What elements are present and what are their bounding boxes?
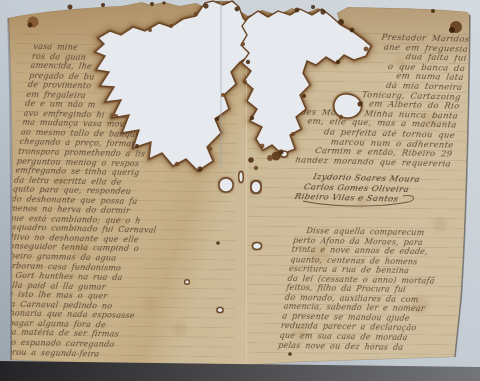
hole-small	[251, 181, 261, 193]
signature-flourish	[303, 196, 414, 206]
burn-holes	[95, 1, 371, 313]
stain-top-left	[28, 17, 39, 28]
hole-small	[217, 307, 223, 312]
hole-left-page	[95, 1, 252, 171]
stain-top-right	[449, 21, 462, 33]
damage-layer	[0, 0, 480, 381]
photo-of-burned-letter: vasa mine ros da guan amencida, lhe preg…	[0, 0, 480, 381]
hole-mid	[334, 94, 362, 118]
hole-small	[253, 243, 262, 250]
hole-small	[219, 178, 233, 192]
hole-small	[185, 280, 190, 284]
hole-small	[239, 172, 244, 183]
